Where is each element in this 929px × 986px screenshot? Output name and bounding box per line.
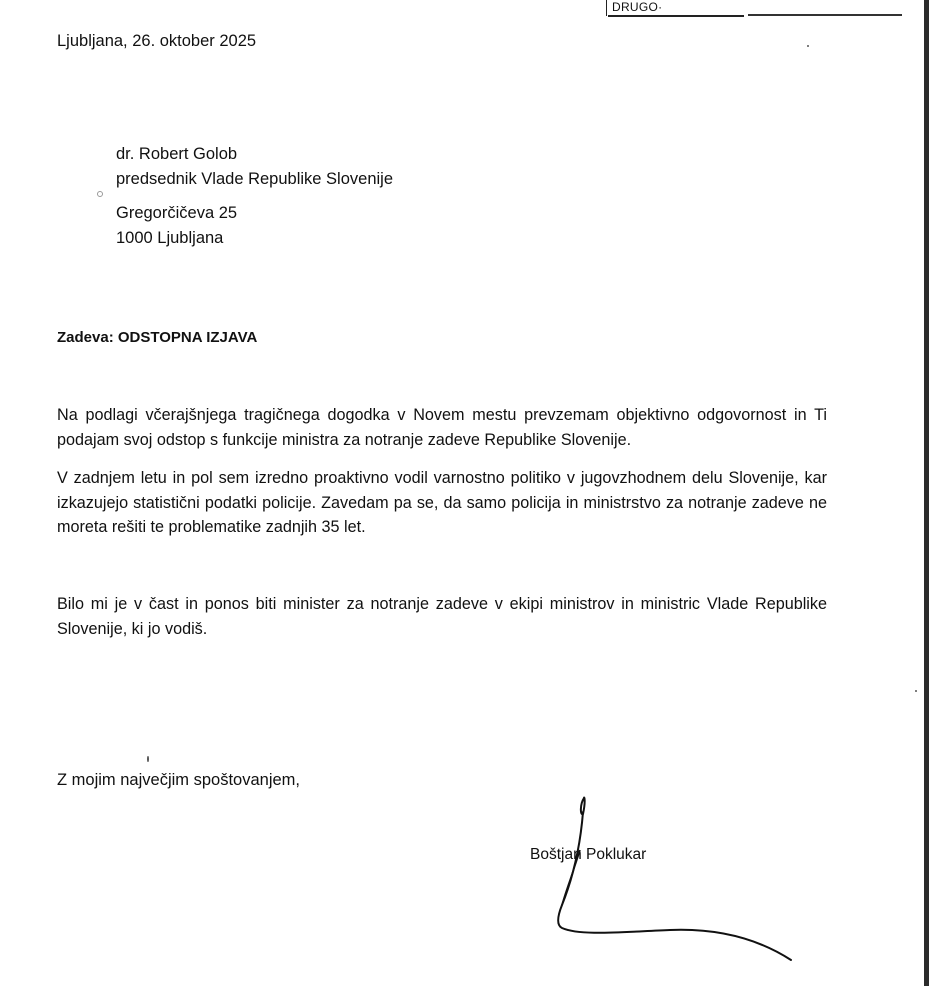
scan-speck: [147, 756, 149, 762]
paragraph-3: Bilo mi je v čast in ponos biti minister…: [57, 592, 827, 641]
document-page: DRUGO· Ljubljana, 26. oktober 2025 dr. R…: [0, 0, 924, 986]
paragraph-1: Na podlagi včerajšnjega tragičnega dogod…: [57, 403, 827, 452]
scan-border: [924, 0, 929, 986]
stamp-underline: [748, 14, 902, 16]
recipient-name: dr. Robert Golob: [116, 142, 237, 166]
scan-speck: [915, 690, 917, 692]
recipient-city: 1000 Ljubljana: [116, 226, 223, 250]
recipient-title: predsednik Vlade Republike Slovenije: [116, 167, 393, 191]
place-date: Ljubljana, 26. oktober 2025: [57, 29, 256, 53]
closing: Z mojim največjim spoštovanjem,: [57, 768, 300, 792]
paragraph-2: V zadnjem letu in pol sem izredno proakt…: [57, 466, 827, 540]
bullet-mark: [97, 191, 103, 197]
handwritten-signature: [540, 790, 800, 970]
registry-stamp: DRUGO·: [606, 0, 662, 16]
stamp-underline: [608, 15, 744, 17]
recipient-street: Gregorčičeva 25: [116, 201, 237, 225]
subject-line: Zadeva: ODSTOPNA IZJAVA: [57, 326, 257, 350]
scan-speck: [807, 45, 809, 47]
